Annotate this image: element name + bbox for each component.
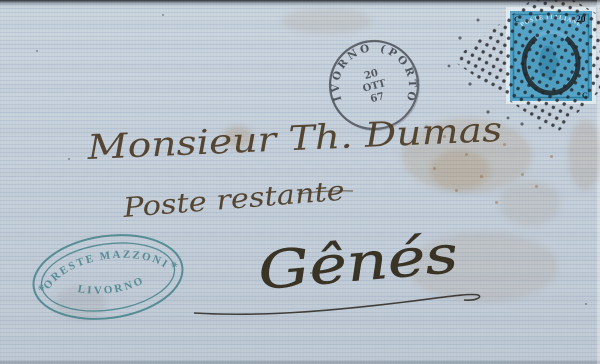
merchant-oval-stamp: ORESTE MAZZONI LIVORNO ✳ ✳	[28, 226, 188, 328]
address-line-2: Poste restante	[121, 176, 346, 224]
manuscript-address: Monsieur Th. Dumas Poste restante Gênés	[85, 110, 503, 314]
datestamp-year: 67	[369, 91, 385, 105]
oval-ornament-right: ✳	[170, 260, 178, 270]
livorno-datestamp: LIVORNO (PORTO) 20 OTT 67	[0, 0, 420, 131]
letter-cover-scan: LIVORNO (PORTO) 20 OTT 67 POSTE ITALIANE…	[0, 0, 600, 364]
address-line-3-destination: Gênés	[256, 225, 460, 302]
datestamp-ring-text: LIVORNO (PORTO)	[0, 0, 418, 105]
address-line-1: Monsieur Th. Dumas	[85, 110, 503, 168]
cover-artwork: LIVORNO (PORTO) 20 OTT 67 POSTE ITALIANE…	[0, 0, 600, 364]
datestamp-date: 20 OTT 67	[359, 66, 391, 106]
underline-flourish	[194, 294, 480, 314]
merchant-city-text: LIVORNO	[75, 274, 147, 301]
